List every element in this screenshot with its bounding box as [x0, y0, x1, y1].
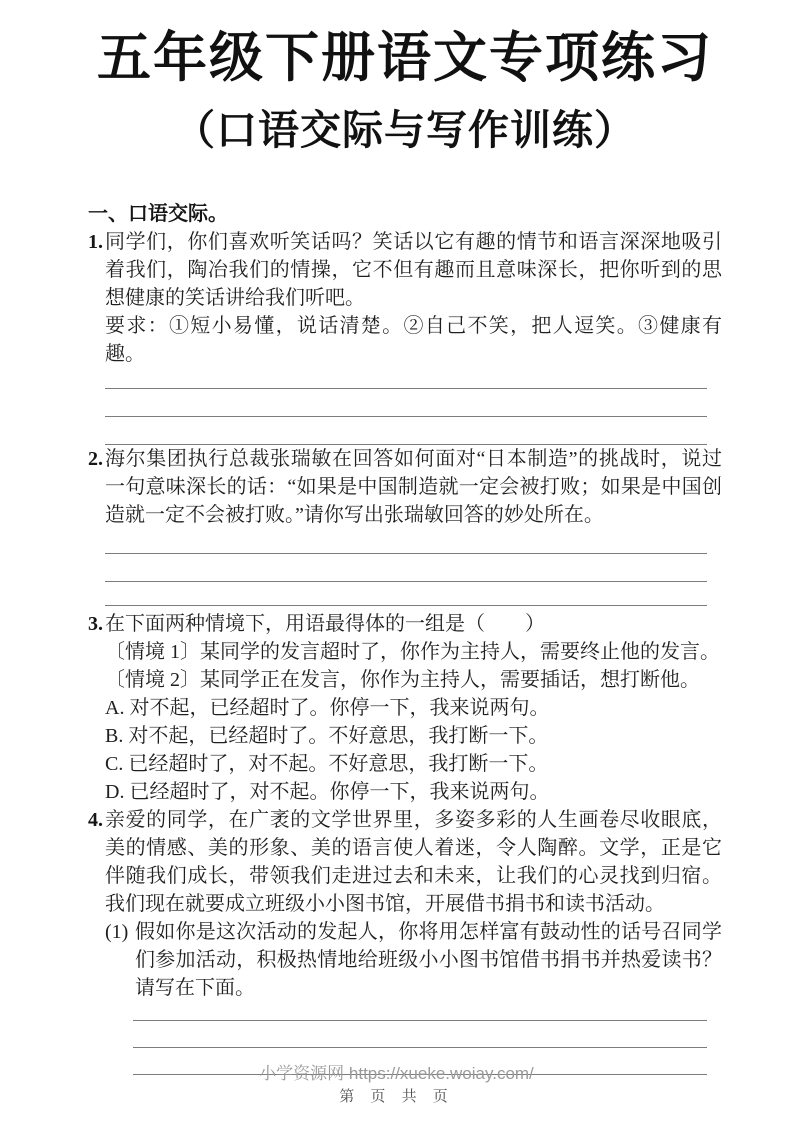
question-1-body: 同学们，你们喜欢听笑话吗？笑话以它有趣的情节和语言深深地吸引着我们，陶冶我们的情…	[105, 228, 722, 368]
question-1-number: 1.	[88, 228, 105, 368]
page-subtitle: （口语交际与写作训练）	[88, 106, 722, 154]
worksheet-page: 五年级下册语文专项练习 （口语交际与写作训练） 一、口语交际。 1. 同学们，你…	[0, 0, 793, 1122]
question-4-sub-1-text: 假如你是这次活动的发起人，你将用怎样富有鼓动性的话号召同学们参加活动，积极热情地…	[135, 918, 722, 1002]
question-3-number: 3.	[88, 610, 105, 806]
question-4-sub-1-number: (1)	[105, 918, 135, 1002]
question-1: 1. 同学们，你们喜欢听笑话吗？笑话以它有趣的情节和语言深深地吸引着我们，陶冶我…	[88, 228, 722, 368]
question-3-option-c: C. 已经超时了，对不起。不好意思，我打断一下。	[105, 750, 722, 778]
worksheet-header: 五年级下册语文专项练习 （口语交际与写作训练）	[88, 0, 722, 154]
page-title: 五年级下册语文专项练习	[88, 28, 722, 88]
question-3-situation-2: 〔情境 2〕某同学正在发言，你作为主持人，需要插话，想打断他。	[105, 666, 722, 694]
question-1-text: 同学们，你们喜欢听笑话吗？笑话以它有趣的情节和语言深深地吸引着我们，陶冶我们的情…	[105, 228, 722, 312]
answer-line[interactable]	[105, 417, 707, 445]
question-3-body: 在下面两种情境下，用语最得体的一组是（ ） 〔情境 1〕某同学的发言超时了，你作…	[105, 610, 722, 806]
question-4-text: 亲爱的同学，在广袤的文学世界里，多姿多彩的人生画卷尽收眼底，美的情感、美的形象、…	[105, 806, 722, 918]
answer-line[interactable]	[105, 368, 707, 389]
answer-lines-q1	[105, 368, 707, 445]
question-3-option-b: B. 对不起，已经超时了。不好意思，我打断一下。	[105, 722, 722, 750]
answer-line[interactable]	[133, 1002, 707, 1021]
page-footer: 小学资源网 https://xueke.woiay.com/ 第 页 共 页	[0, 1062, 793, 1122]
question-4-sub-1: (1) 假如你是这次活动的发起人，你将用怎样富有鼓动性的话号召同学们参加活动，积…	[105, 918, 722, 1002]
question-2-text: 海尔集团执行总裁张瑞敏在回答如何面对“日本制造”的挑战时，说过一句意味深长的话：…	[105, 445, 722, 529]
answer-lines-q2	[105, 529, 707, 606]
answer-line[interactable]	[105, 554, 707, 582]
answer-line[interactable]	[105, 389, 707, 417]
question-3-text: 在下面两种情境下，用语最得体的一组是（ ）	[105, 610, 722, 638]
answer-line[interactable]	[105, 582, 707, 606]
question-2-body: 海尔集团执行总裁张瑞敏在回答如何面对“日本制造”的挑战时，说过一句意味深长的话：…	[105, 445, 722, 529]
question-4-number: 4.	[88, 806, 105, 918]
answer-line[interactable]	[105, 529, 707, 554]
footer-page-label: 第 页 共 页	[0, 1086, 793, 1108]
question-2-number: 2.	[88, 445, 105, 529]
answer-line[interactable]	[133, 1021, 707, 1048]
question-3-option-a: A. 对不起，已经超时了。你停一下，我来说两句。	[105, 694, 722, 722]
question-3: 3. 在下面两种情境下，用语最得体的一组是（ ） 〔情境 1〕某同学的发言超时了…	[88, 610, 722, 806]
question-4-sub-1-body: 假如你是这次活动的发起人，你将用怎样富有鼓动性的话号召同学们参加活动，积极热情地…	[135, 918, 722, 1002]
question-4-body: 亲爱的同学，在广袤的文学世界里，多姿多彩的人生画卷尽收眼底，美的情感、美的形象、…	[105, 806, 722, 918]
question-1-requirement: 要求：①短小易懂，说话清楚。②自己不笑，把人逗笑。③健康有趣。	[105, 312, 722, 368]
question-2: 2. 海尔集团执行总裁张瑞敏在回答如何面对“日本制造”的挑战时，说过一句意味深长…	[88, 445, 722, 529]
question-3-situation-1: 〔情境 1〕某同学的发言超时了，你作为主持人，需要终止他的发言。	[105, 638, 722, 666]
section-heading: 一、口语交际。	[88, 200, 722, 228]
question-3-option-d: D. 已经超时了，对不起。你停一下，我来说两句。	[105, 778, 722, 806]
question-4: 4. 亲爱的同学，在广袤的文学世界里，多姿多彩的人生画卷尽收眼底，美的情感、美的…	[88, 806, 722, 918]
footer-site-url: 小学资源网 https://xueke.woiay.com/	[0, 1062, 793, 1086]
